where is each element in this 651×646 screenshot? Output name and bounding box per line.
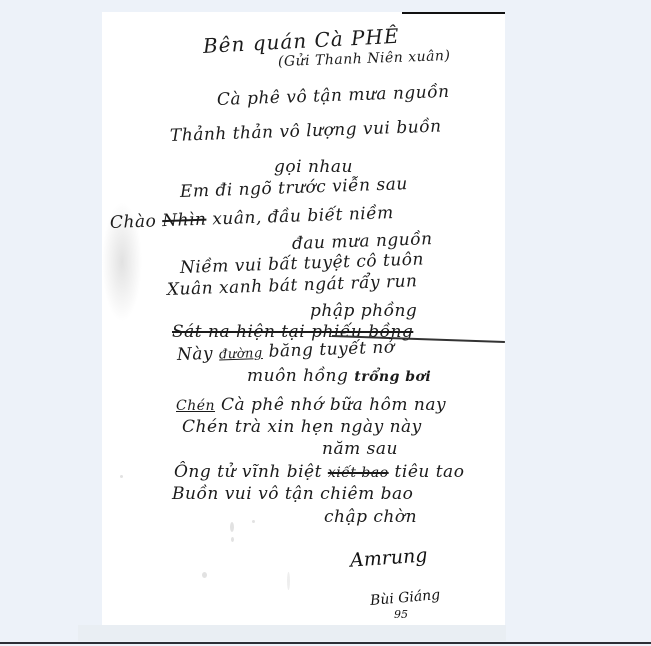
poem-line-13: Chén Cà phê nhớ bữa hôm nay xyxy=(176,395,446,415)
paper-speck xyxy=(120,475,123,478)
poem-line-16-a: Ông tử vĩnh biệt xyxy=(174,462,322,482)
poem-line-4: Em đi ngõ trước viễn sau xyxy=(180,174,408,202)
poem-line-3: gọi nhau xyxy=(274,157,353,177)
poem-line-2: Thảnh thản vô lượng vui buồn xyxy=(170,117,442,146)
poem-line-9: phập phồng xyxy=(310,301,417,321)
poem-line-13-struck: Chén xyxy=(176,398,215,414)
poem-line-18: chập chờn xyxy=(324,507,417,527)
paper-speck xyxy=(202,572,207,578)
poem-line-5: Chào Nhìn xuân, đầu biết niềm xyxy=(110,203,394,233)
author-signature: Bùi Giáng xyxy=(369,587,440,609)
title-overline xyxy=(402,12,505,14)
poem-line-16-b: tiêu tao xyxy=(395,462,465,482)
poem-line-12-text: muôn hồng xyxy=(247,366,348,386)
paper-speck xyxy=(252,520,255,523)
poem-line-14: Chén trà xin hẹn ngày này xyxy=(182,417,422,437)
poem-line-12-overwrite: trổng bơi xyxy=(354,369,431,385)
paper-speck xyxy=(230,522,234,532)
scanned-poem-page: Bên quán Cà PHÊ (Gửi Thanh Niên xuân) Cà… xyxy=(102,12,505,625)
viewer-bottom-border xyxy=(0,642,651,644)
poem-line-16: Ông tử vĩnh biệt xiết bao tiêu tao xyxy=(174,462,464,482)
poem-line-5-prefix: Chào xyxy=(110,211,157,233)
poem-line-12: muôn hồng trổng bơi xyxy=(247,366,431,386)
page-shadow xyxy=(78,625,506,641)
poem-line-11-struck: đường xyxy=(219,346,263,363)
poem-line-5-struck: Nhìn xyxy=(162,210,207,232)
paper-speck xyxy=(231,537,234,542)
poem-line-1: Cà phê vô tận mưa nguồn xyxy=(217,82,450,110)
poem-line-17: Buồn vui vô tận chiêm bao xyxy=(172,484,413,504)
poem-line-15: năm sau xyxy=(322,439,398,459)
paper-speck xyxy=(287,572,290,590)
signature: Amrung xyxy=(349,544,428,571)
poem-line-16-struck: xiết bao xyxy=(328,465,389,481)
poem-line-11-a: Này xyxy=(177,344,214,365)
poem-line-5-text: xuân, đầu biết niềm xyxy=(212,203,394,229)
signature-year: 95 xyxy=(394,608,408,621)
poem-line-13-text: Cà phê nhớ bữa hôm nay xyxy=(221,395,446,415)
poem-line-11-b: băng tuyết nở xyxy=(268,337,395,361)
document-viewer: Bên quán Cà PHÊ (Gửi Thanh Niên xuân) Cà… xyxy=(0,0,651,646)
